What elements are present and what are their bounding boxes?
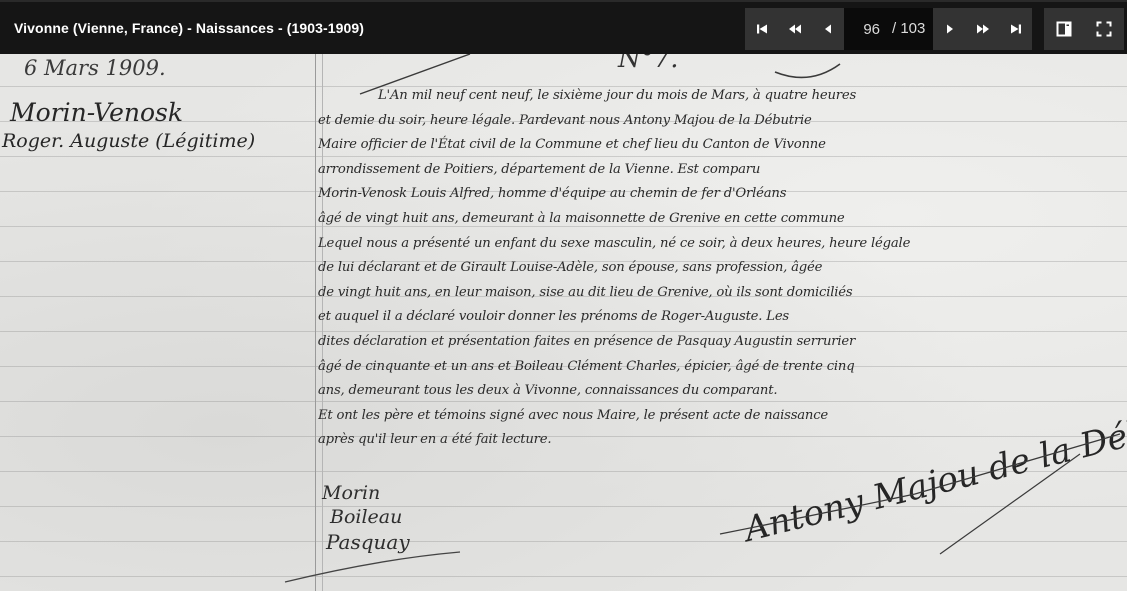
page-indicator: / 103 (844, 8, 933, 50)
skip-to-last-icon (1010, 23, 1022, 35)
fast-backward-icon (788, 23, 802, 35)
margin-date: 6 Mars 1909. (24, 56, 166, 80)
page-number-input[interactable] (844, 8, 886, 50)
skip-to-first-icon (756, 23, 768, 35)
toggle-panel-button[interactable] (1044, 8, 1084, 50)
act-line: et demie du soir, heure légale. Pardevan… (318, 109, 1123, 134)
page-total: / 103 (886, 8, 933, 50)
next-page-button[interactable] (933, 8, 966, 50)
navigation-controls: / 103 (745, 8, 1124, 50)
margin-given-names: Roger. Auguste (Légitime) (2, 130, 255, 152)
previous-icon (823, 23, 833, 35)
act-line: Et ont les père et témoins signé avec no… (318, 404, 1123, 429)
margin-rule (315, 54, 316, 591)
document-image-viewer[interactable]: 6 Mars 1909. Morin-Venosk Roger. Auguste… (0, 54, 1127, 591)
register-title: Vivonne (Vienne, France) - Naissances - … (0, 20, 364, 36)
act-line: L'An mil neuf cent neuf, le sixième jour… (318, 84, 1123, 109)
fullscreen-button[interactable] (1084, 8, 1124, 50)
act-line: arrondissement de Poitiers, département … (318, 158, 1123, 183)
act-line: âgé de cinquante et un ans et Boileau Cl… (318, 355, 1123, 380)
view-controls-group (1044, 8, 1124, 50)
rewind-button[interactable] (778, 8, 811, 50)
act-line: Maire officier de l'État civil de la Com… (318, 133, 1123, 158)
viewer-toolbar: Vivonne (Vienne, France) - Naissances - … (0, 0, 1127, 54)
act-text: L'An mil neuf cent neuf, le sixième jour… (318, 84, 1123, 453)
forward-navigation-group (933, 8, 1032, 50)
fast-forward-button[interactable] (966, 8, 999, 50)
signature-witness-boileau: Boileau (330, 506, 402, 528)
act-line: âgé de vingt huit ans, demeurant à la ma… (318, 207, 1123, 232)
margin-surname: Morin-Venosk (10, 98, 183, 127)
fast-forward-icon (976, 23, 990, 35)
signature-father: Morin (322, 482, 380, 504)
act-line: et auquel il a déclaré vouloir donner le… (318, 305, 1123, 330)
signature-witness-pasquay: Pasquay (326, 530, 410, 554)
previous-page-button[interactable] (811, 8, 844, 50)
act-line: Lequel nous a présenté un enfant du sexe… (318, 232, 1123, 257)
back-navigation-group (745, 8, 844, 50)
fullscreen-icon (1096, 21, 1112, 37)
last-page-button[interactable] (999, 8, 1032, 50)
side-panel-toggle-icon (1056, 21, 1072, 37)
first-page-button[interactable] (745, 8, 778, 50)
next-icon (945, 23, 955, 35)
act-line: de lui déclarant et de Girault Louise-Ad… (318, 256, 1123, 281)
act-line: ans, demeurant tous les deux à Vivonne, … (318, 379, 1123, 404)
act-line: de vingt huit ans, en leur maison, sise … (318, 281, 1123, 306)
act-number: N°7. (618, 54, 679, 74)
act-line: Morin-Venosk Louis Alfred, homme d'équip… (318, 182, 1123, 207)
act-line: dites déclaration et présentation faites… (318, 330, 1123, 355)
